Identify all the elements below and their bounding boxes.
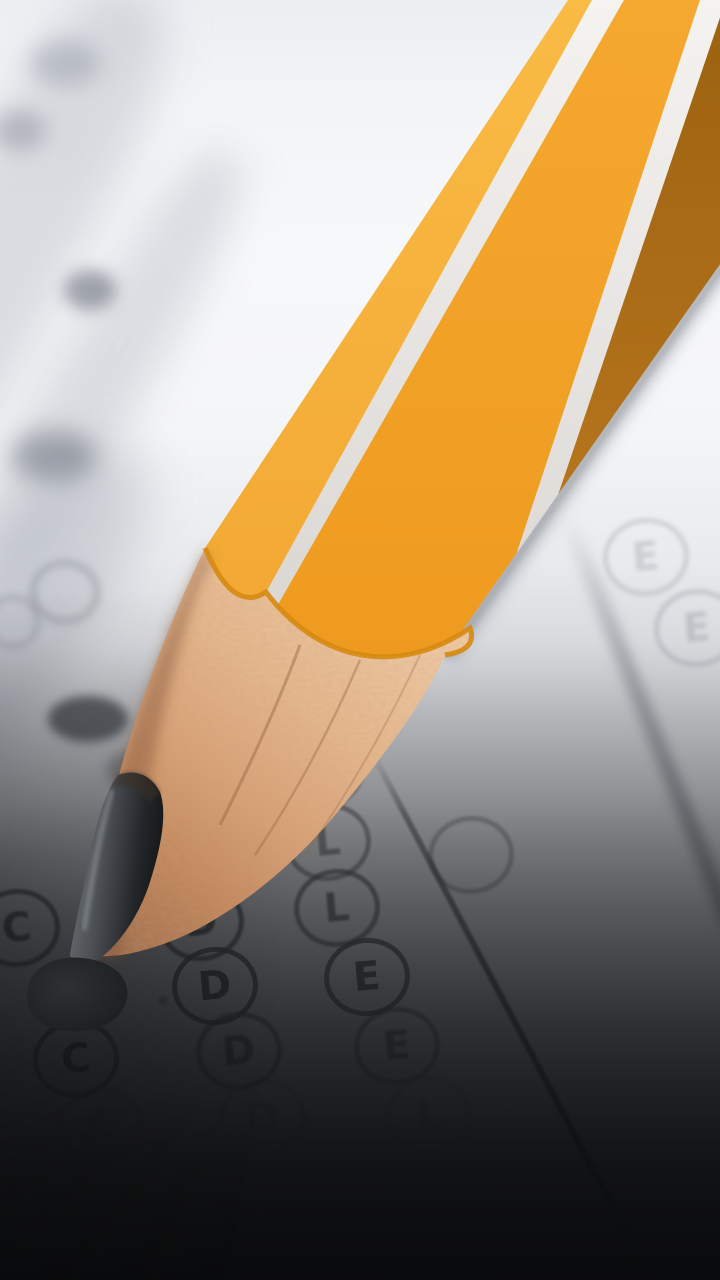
filled-bubble-mark (27, 958, 128, 1032)
pencil (0, 0, 720, 1280)
photo-canvas: L C D L D E C D E C D L E E (0, 0, 720, 1280)
graphite-crumb (159, 997, 168, 1006)
